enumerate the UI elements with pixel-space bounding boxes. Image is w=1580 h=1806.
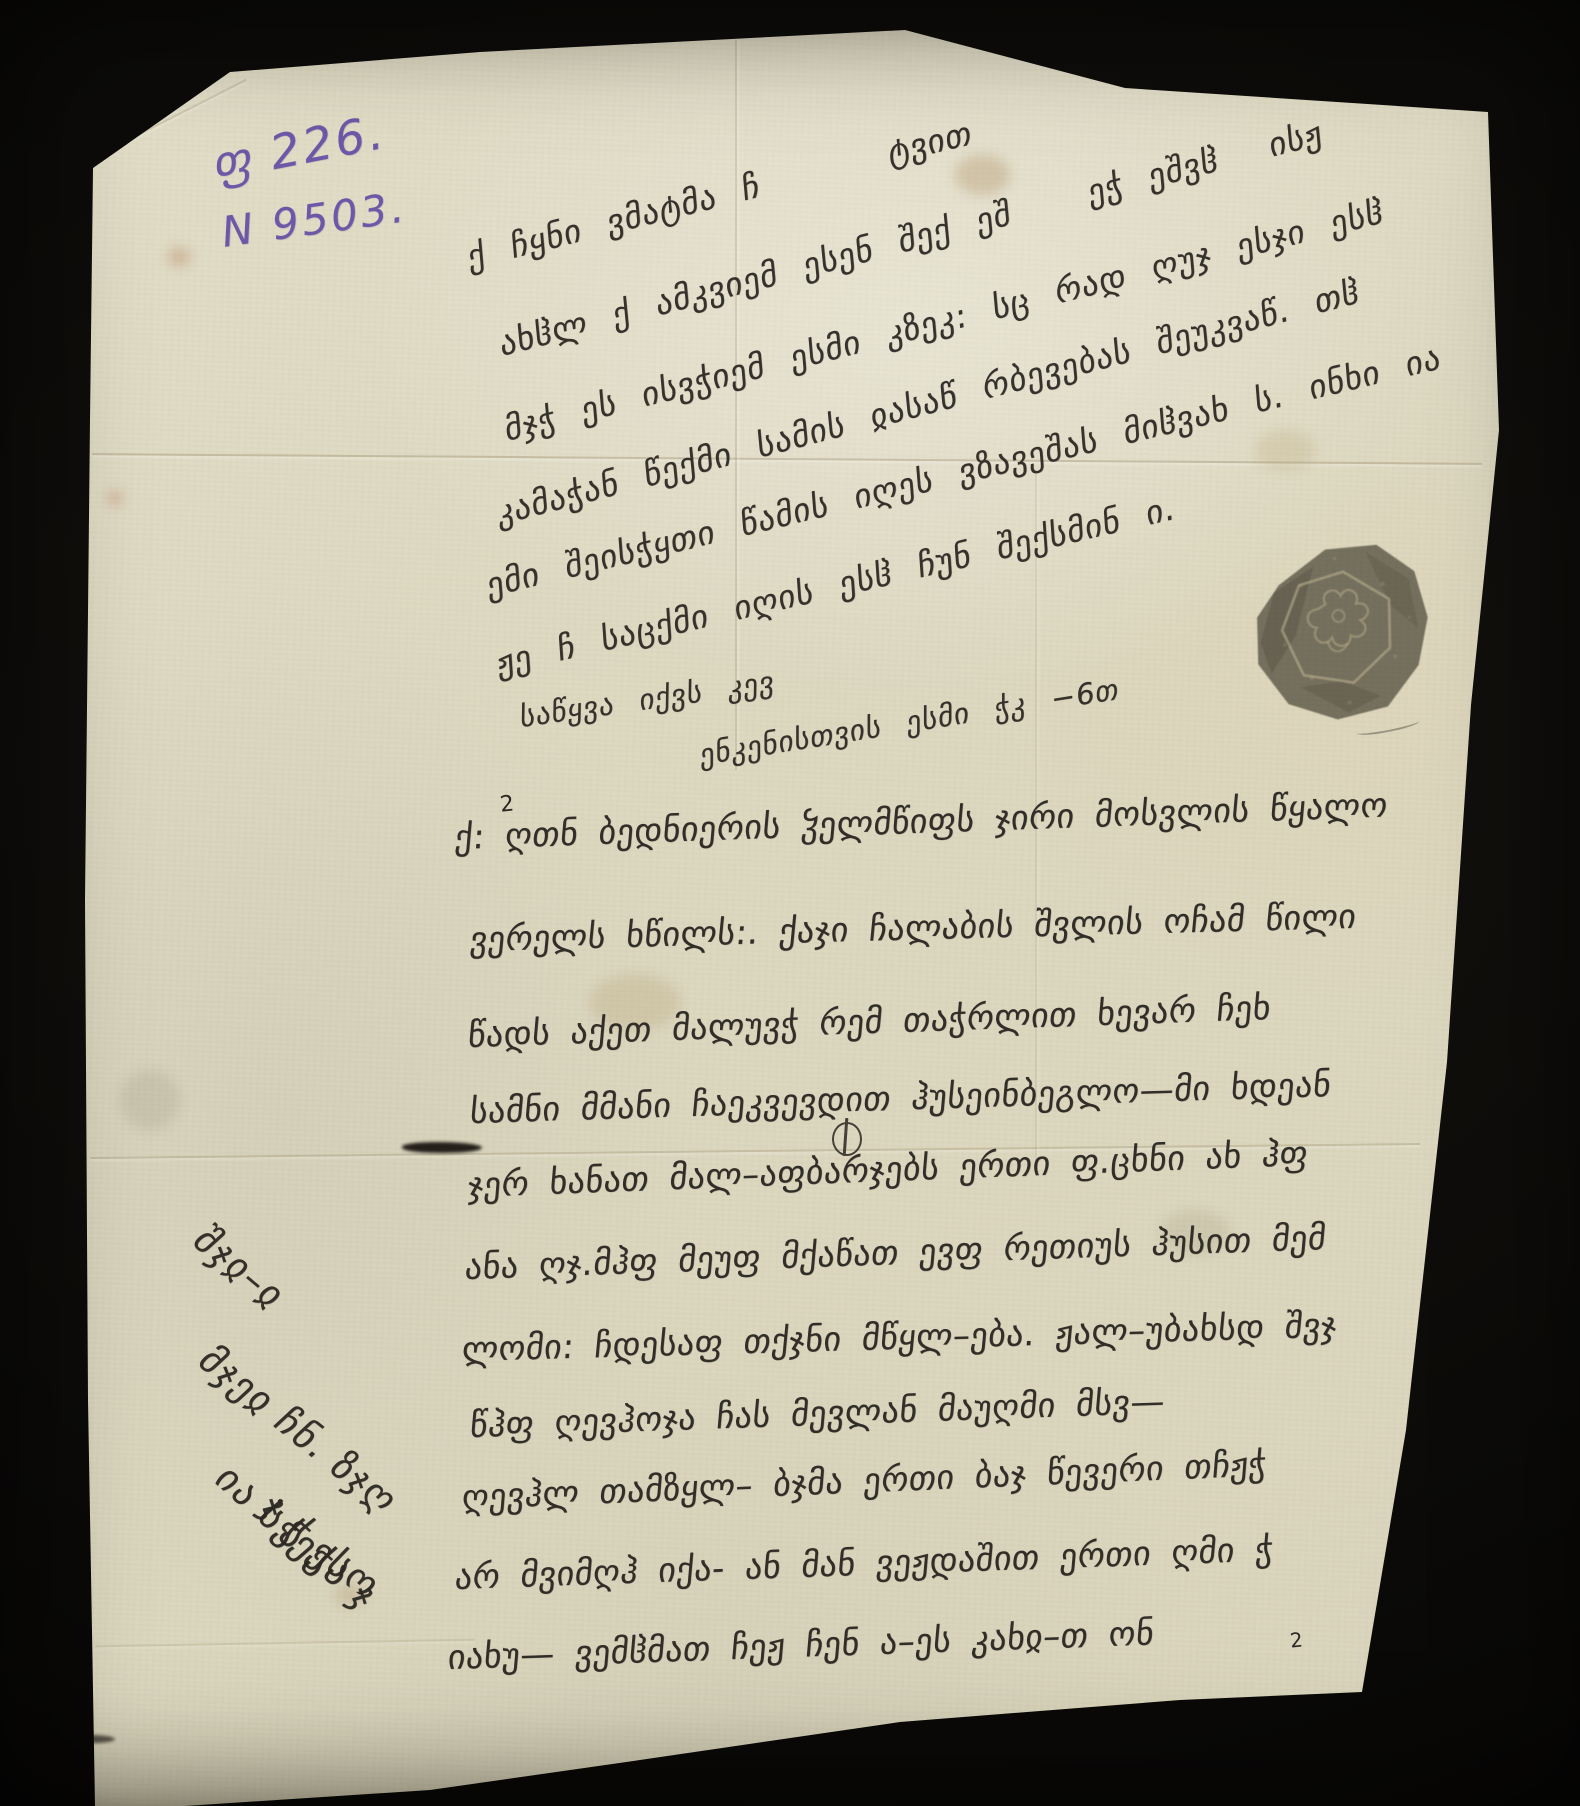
fold-crease-corner	[103, 79, 246, 153]
paper-sheet: ფ 226. N 9503. ქ ჩყნი ვმატმა ჩ ტვით ახჱლ…	[0, 0, 1580, 1806]
side-note-line: ესო	[300, 1530, 392, 1606]
ink-smudge	[402, 1142, 482, 1153]
side-note-line: ია სჭეჭა ჯ	[205, 1457, 388, 1616]
side-note-line: მჯეჲ ჩნ. ზჯღ	[189, 1339, 409, 1521]
side-note-line: შჯჲ–ჲ	[183, 1219, 296, 1316]
handwritten-line: ქ: ღთნ ბედნიერის ჴელმწიფს ჯირი მოსვლის წ…	[453, 785, 1389, 858]
handwritten-line: ვერელს ხწილს:. ქაჯი ჩალაბის შვლის ოჩამ წ…	[468, 897, 1358, 960]
handwritten-line: ღევჰლ თამზყლ– ბჯმა ერთი ბაჯ წევერი თჩჟჭ	[460, 1444, 1268, 1518]
paper-stain	[1160, 1210, 1230, 1255]
fold-crease-vertical	[735, 40, 737, 770]
paper-stain	[955, 155, 1010, 195]
flourish-mark	[832, 1122, 862, 1156]
handwritten-line: იახუ— ვემჱმათ ჩეჟ ჩენ ა–ეს კახჲ–თ ონ	[446, 1613, 1156, 1678]
paper-stain	[1255, 430, 1315, 470]
archival-number-fond: ფ 226.	[207, 105, 391, 193]
archival-number-registry: N 9503.	[219, 182, 410, 256]
ink-seal-graphic	[1226, 518, 1448, 742]
ink-seal	[1226, 518, 1448, 742]
handwritten-line: ემი შეისჭყთი წამის იღეს ვზავეშას მიჱვახ …	[485, 337, 1442, 605]
handwritten-line: სამნი მმანი ჩაეკვევდით ჰუსეინბეგლო—მი ხდ…	[468, 1065, 1333, 1132]
paper-stain	[168, 248, 190, 266]
handwritten-date-line: ენკენისთვის ესმი ჭკ −6თ	[700, 671, 1119, 772]
fold-crease-horizontal	[95, 1639, 475, 1648]
fold-crease-horizontal	[92, 453, 1482, 465]
paper-stain	[335, 1585, 365, 1605]
superscript-mark: 2	[1289, 1627, 1304, 1652]
handwritten-line: საწყვა იქვს კევ	[520, 664, 775, 734]
handwritten-line: ახჱლ ქ ამკვიემ ესენ შექ ეშ ეჭ ეშვჱ ისჟ	[498, 112, 1324, 364]
paper-stain	[120, 1070, 180, 1130]
handwritten-line: კამაჭან წექმი სამის ჲასაწ რბევებას შეუკვ…	[495, 271, 1361, 533]
handwritten-line: ანა ღჯ.მჰფ მეუფ მქაწათ ევფ რეთიუს ჰუსით …	[463, 1218, 1328, 1288]
handwritten-line: ჟე ჩ საცქმი იღის ესჱ ჩუნ შექსმინ ი.	[496, 487, 1177, 683]
handwritten-line: ჯერ ხანათ მალ–აფბარჯებს ერთი ფ.ცხნი ახ ჰ…	[466, 1134, 1310, 1206]
paper-stain	[108, 492, 122, 504]
paper-stain	[590, 975, 680, 1030]
paper-grain-texture	[0, 0, 1580, 1806]
handwritten-line: წადს აქეთ მალუვჭ რემ თაჭრლით ხევარ ჩეხ	[466, 988, 1273, 1056]
handwritten-line: არ მვიმღჰ იქა- ან მან ვეჟდაშით ერთი ღმი …	[453, 1529, 1275, 1598]
handwritten-line: ქ ჩყნი ვმატმა ჩ ტვით	[466, 112, 973, 277]
fold-crease-vertical	[1035, 470, 1037, 1170]
fold-crease-horizontal	[90, 1143, 1420, 1159]
superscript-mark: 2	[499, 791, 516, 817]
seal-undermark-squiggle	[1356, 716, 1421, 738]
side-note-line: ჯ ჭ	[251, 1486, 326, 1552]
handwritten-line: ლომი: ჩდესაფ თქჯნი მწყლ–ება. ჟალ–უბახსდ …	[460, 1306, 1339, 1371]
ink-smudge	[70, 1735, 115, 1743]
handwritten-line: წჰფ ღევჰოჯა ჩას მევლან მაუღმი მსვ—	[468, 1382, 1166, 1446]
handwritten-line: მჯჭ ეს ისვჭიემ ესმი კზეკ: სც რად ღუჯ ესჯ…	[503, 191, 1385, 449]
